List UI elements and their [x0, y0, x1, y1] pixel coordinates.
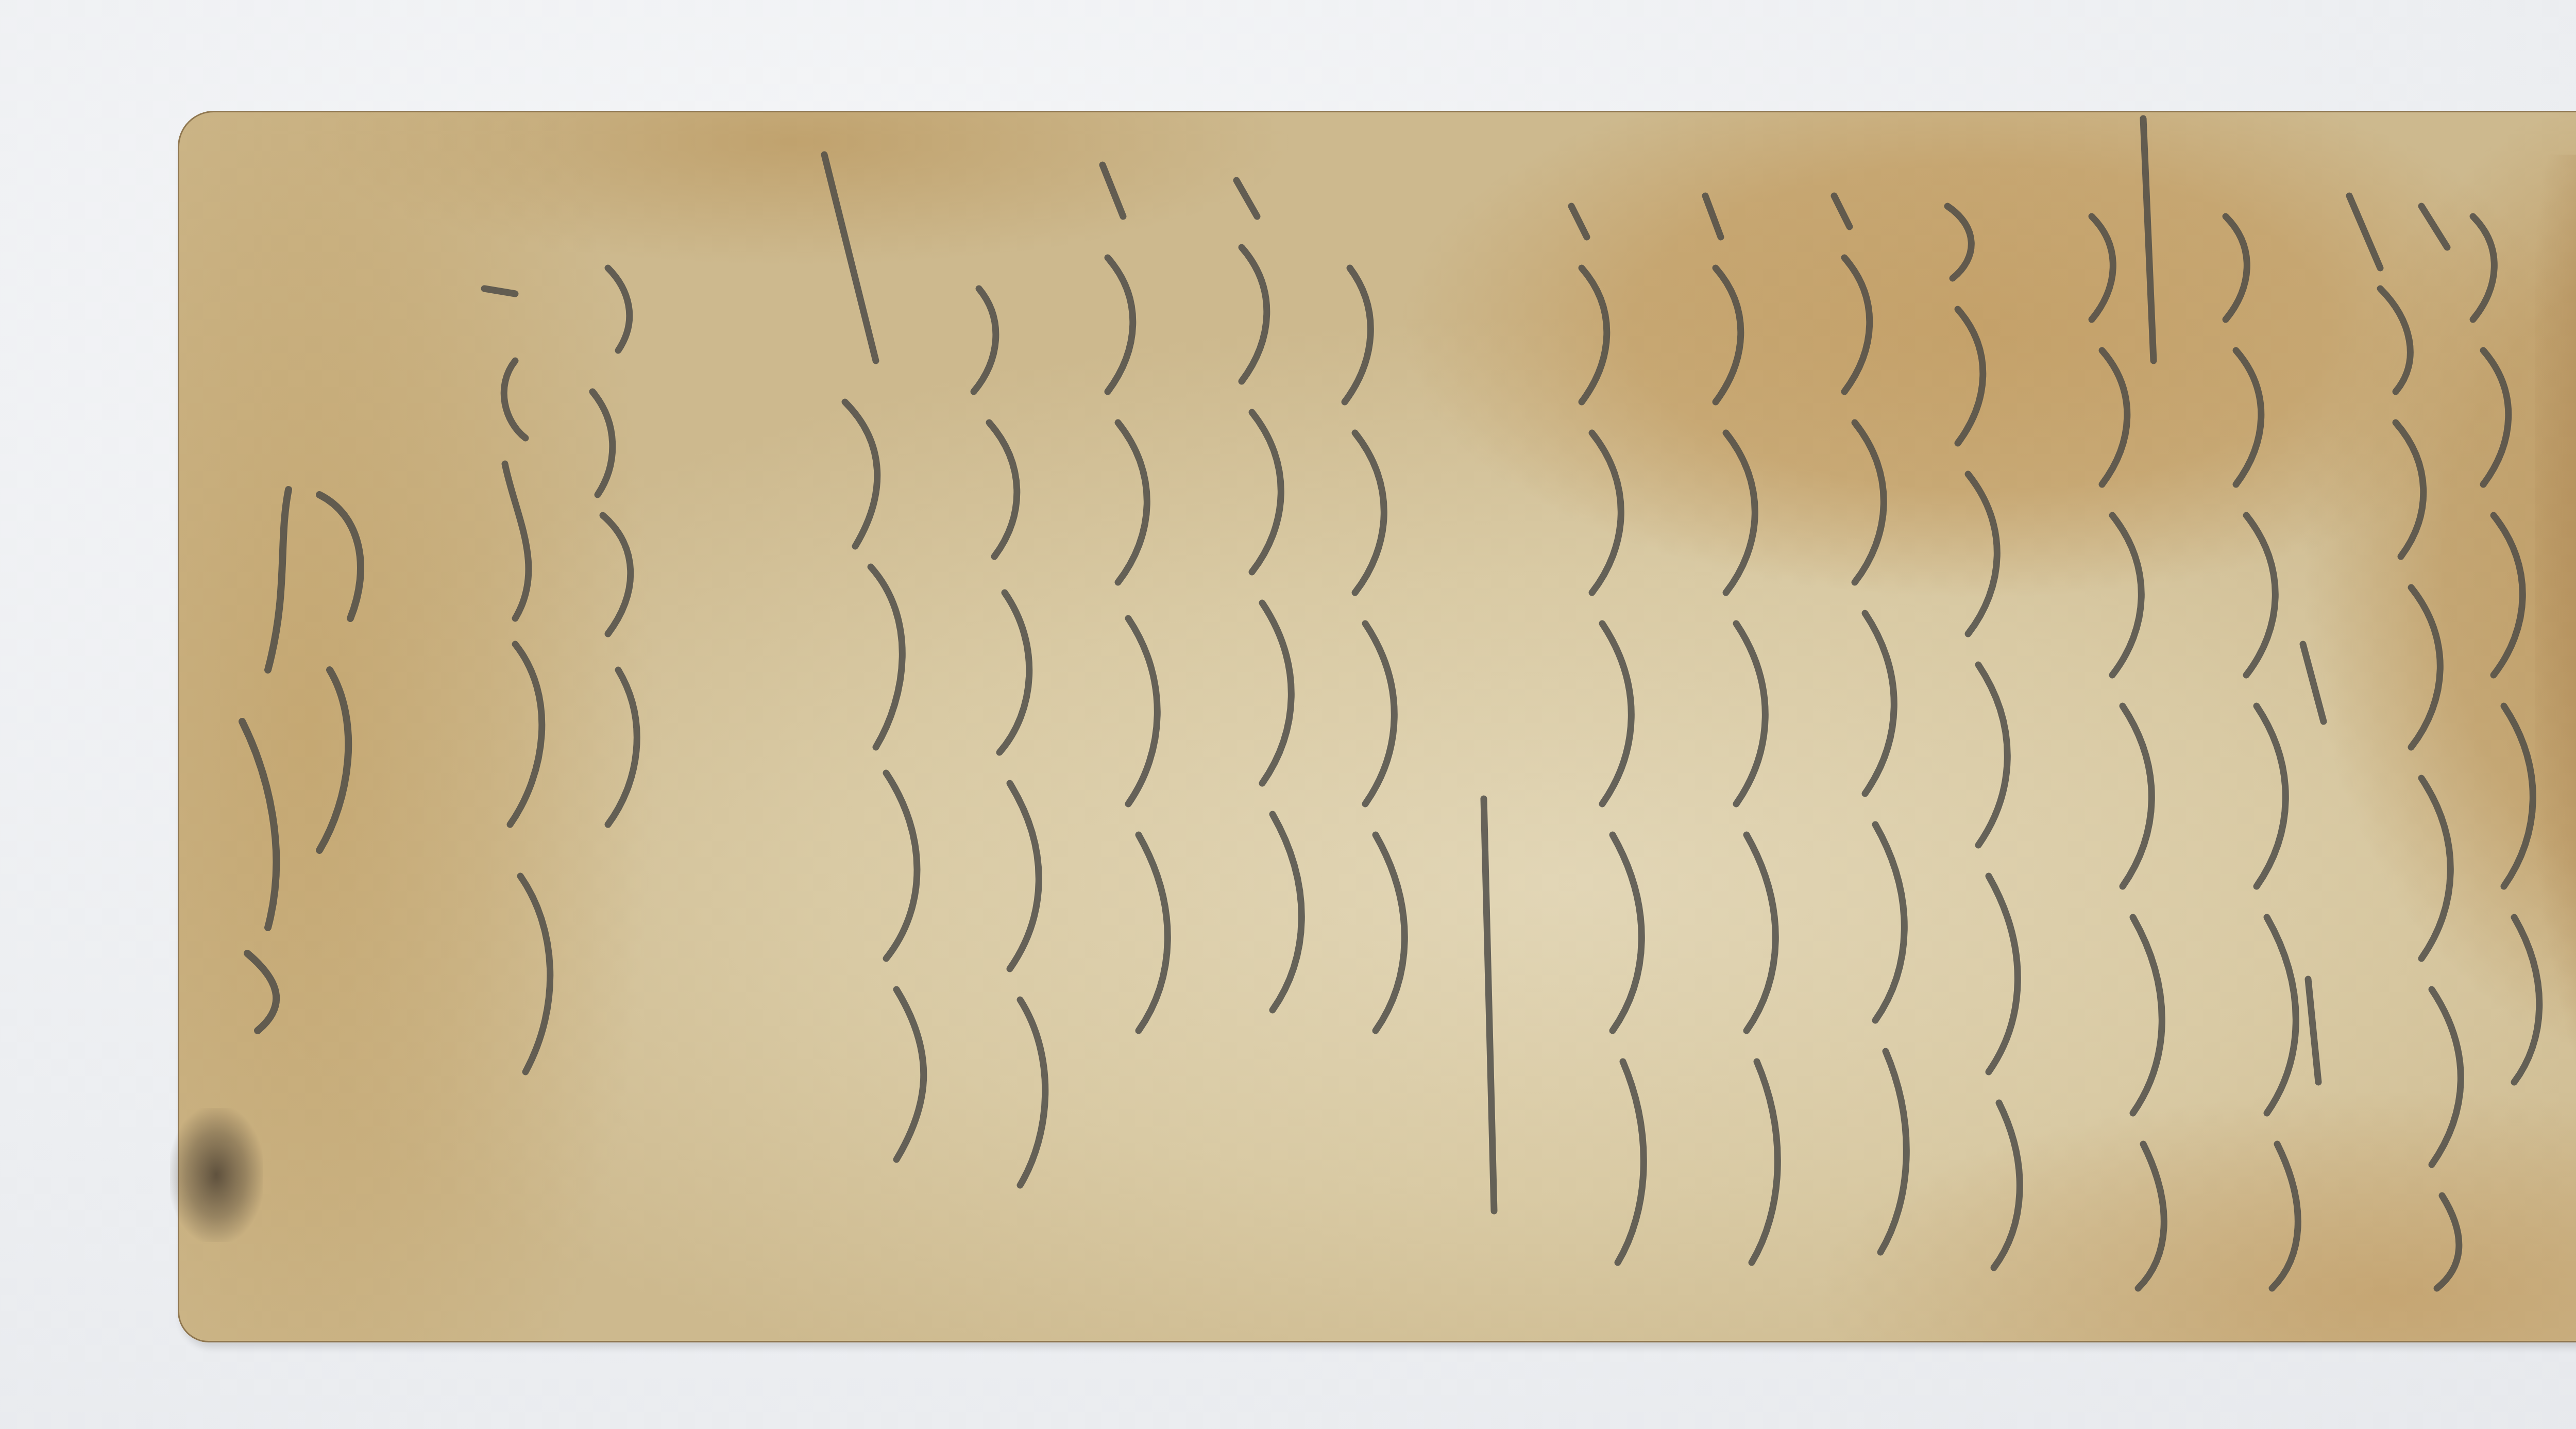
handwritten-text [0, 0, 2576, 1429]
